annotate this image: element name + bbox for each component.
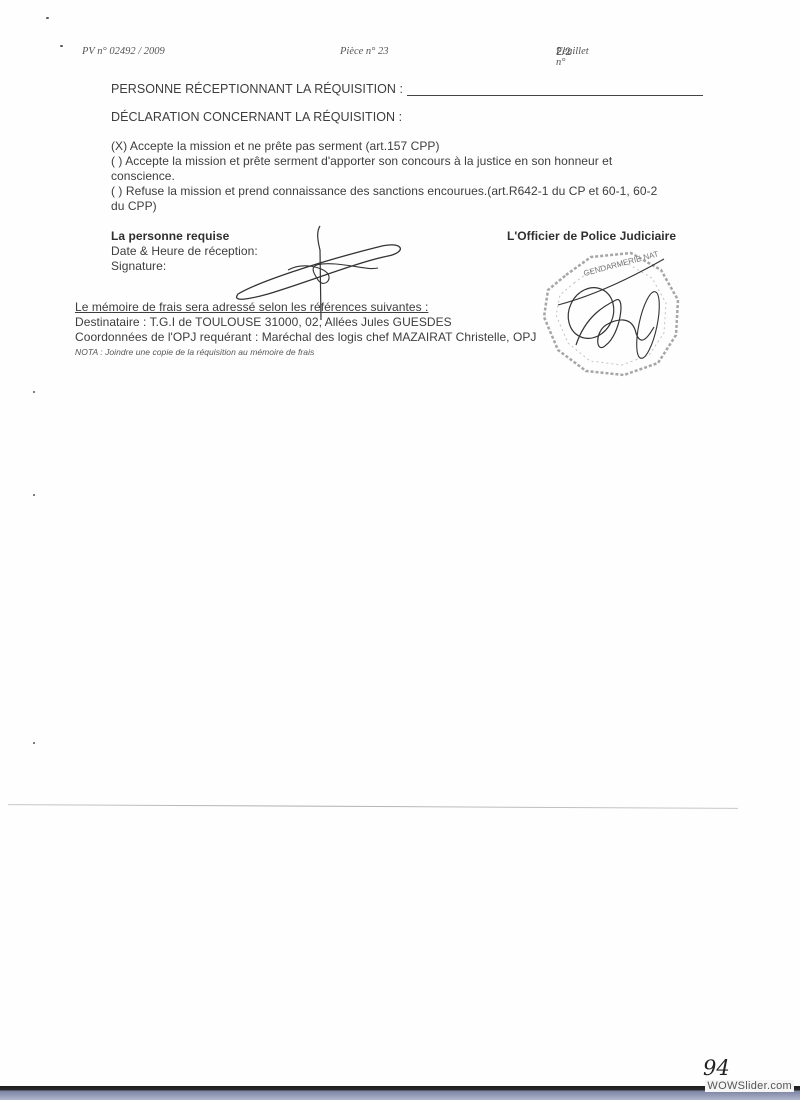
watermark-link[interactable]: WOWSlider.com xyxy=(705,1080,794,1092)
option-mark: (X) xyxy=(111,139,127,153)
declaration-label: DÉCLARATION CONCERNANT LA RÉQUISITION : xyxy=(111,110,402,124)
reception-fill-line xyxy=(407,85,703,96)
signature-label: Signature: xyxy=(111,259,166,273)
document-header: PV n° 02492 / 2009 Pièce n° 23 Feuillet … xyxy=(0,46,800,62)
option-refuse: ( ) Refuse la mission et prend connaissa… xyxy=(111,184,657,198)
scan-speck xyxy=(46,17,49,19)
option-text: Accepte la mission et prête serment d'ap… xyxy=(125,154,612,168)
scan-speck xyxy=(33,494,35,496)
officer-title: L'Officier de Police Judiciaire xyxy=(507,229,676,243)
option-accept-oath: ( ) Accepte la mission et prête serment … xyxy=(111,154,612,168)
option-accept-no-oath: (X) Accepte la mission et ne prête pas s… xyxy=(111,139,440,153)
scan-artifact-line xyxy=(8,804,738,809)
option-mark: ( ) xyxy=(111,184,122,198)
scanned-page: PV n° 02492 / 2009 Pièce n° 23 Feuillet … xyxy=(0,0,800,1086)
billing-recipient: Destinataire : T.G.I de TOULOUSE 31000, … xyxy=(75,315,452,329)
sheet-value: 2/2 xyxy=(556,46,571,58)
handwritten-page-number: 94 xyxy=(703,1056,730,1080)
reception-row: PERSONNE RÉCEPTIONNANT LA RÉQUISITION : xyxy=(111,82,703,96)
option-continuation: du CPP) xyxy=(111,199,157,213)
option-text: Accepte la mission et ne prête pas serme… xyxy=(130,139,440,153)
nota-note: NOTA : Joindre une copie de la réquisiti… xyxy=(75,347,314,357)
viewer-bottom-bar xyxy=(0,1086,800,1100)
piece-number: Pièce n° 23 xyxy=(340,46,389,57)
option-mark: ( ) xyxy=(111,154,122,168)
pv-number: PV n° 02492 / 2009 xyxy=(82,46,165,57)
billing-intro: Le mémoire de frais sera adressé selon l… xyxy=(75,300,428,314)
reception-label: PERSONNE RÉCEPTIONNANT LA RÉQUISITION : xyxy=(111,82,403,96)
option-continuation: conscience. xyxy=(111,169,175,183)
official-stamp-icon: GENDARMERIE NAT xyxy=(536,245,686,381)
opj-contact: Coordonnées de l'OPJ requérant : Marécha… xyxy=(75,330,536,344)
requested-person-title: La personne requise xyxy=(111,229,229,243)
scan-speck xyxy=(33,391,35,393)
scan-speck xyxy=(33,742,35,744)
option-text: Refuse la mission et prend connaissance … xyxy=(126,184,658,198)
